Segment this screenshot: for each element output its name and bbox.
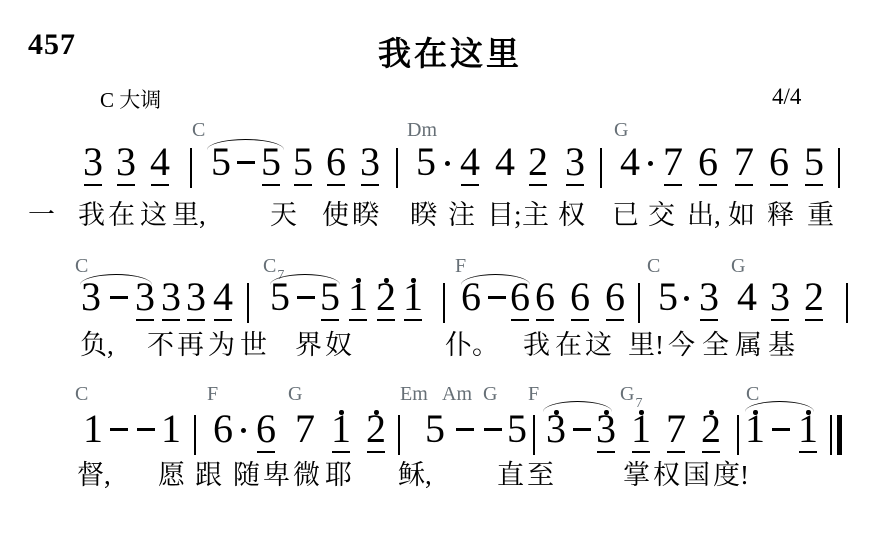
note-digit: 5: [261, 139, 281, 184]
chord-label: Am: [442, 384, 472, 404]
note-digit: 3: [116, 139, 136, 184]
barline: [190, 148, 192, 188]
rhythm-dot: [684, 296, 689, 301]
note-digit: 1: [403, 274, 423, 319]
eighth-underline: [606, 319, 624, 321]
octave-dot: [806, 410, 811, 415]
final-barline: [830, 415, 843, 455]
eighth-underline: [805, 319, 823, 321]
note-digit: 1: [161, 406, 181, 451]
eighth-underline: [597, 451, 615, 453]
eighth-underline: [377, 319, 395, 321]
music-note: 5: [260, 142, 282, 186]
chord-label: C: [647, 256, 660, 276]
rhythm-dot: [241, 428, 246, 433]
duration-dash: [297, 296, 315, 299]
note-digit: 7: [734, 139, 754, 184]
lyric-syllable: 界: [295, 331, 322, 361]
note-digit: 3: [360, 139, 380, 184]
music-line-3: CFGEmAmGFG7C1166712553317211督,愿跟随卑微耶稣,直至…: [0, 0, 893, 536]
lyric-syllable: 随: [233, 461, 260, 491]
music-note: 5: [319, 277, 341, 321]
chord-label: C: [75, 256, 88, 276]
lyric-syllable: 里,: [172, 201, 206, 231]
eighth-underline: [664, 184, 682, 186]
chord-label: C7: [263, 256, 283, 281]
barline: [443, 283, 445, 323]
key-signature: C 大调: [100, 84, 161, 114]
eighth-underline: [151, 184, 169, 186]
octave-dot: [411, 278, 416, 283]
duration-dash: [137, 428, 155, 431]
music-note: 5: [292, 142, 314, 186]
lyric-syllable: 耶: [325, 461, 352, 491]
music-note: 3: [80, 277, 102, 321]
lyric-syllable: 睽: [352, 201, 379, 231]
note-digit: 4: [213, 274, 233, 319]
music-note: 4: [736, 277, 758, 321]
barline: [600, 148, 602, 188]
rhythm-dot: [648, 161, 653, 166]
eighth-underline: [162, 319, 180, 321]
time-signature: 4/4: [772, 84, 801, 110]
barline: [396, 148, 398, 188]
music-note: 3: [545, 409, 567, 453]
eighth-underline: [700, 319, 718, 321]
music-note: 2: [700, 409, 722, 453]
music-note: 7: [662, 142, 684, 186]
eighth-underline: [294, 184, 312, 186]
music-note: 3: [134, 277, 156, 321]
barline: [846, 283, 848, 323]
lyric-syllable: 释: [767, 201, 794, 231]
note-digit: 7: [666, 406, 686, 451]
note-digit: 6: [256, 406, 276, 451]
music-note: 2: [375, 277, 397, 321]
lyric-syllable: 交: [648, 201, 675, 231]
octave-dot: [709, 410, 714, 415]
lyric-syllable: 在: [555, 331, 582, 361]
lyric-syllable: 奴: [325, 331, 352, 361]
note-digit: 3: [699, 274, 719, 319]
lyric-syllable: 基: [768, 331, 795, 361]
octave-dot: [374, 410, 379, 415]
lyric-syllable: 重: [807, 201, 834, 231]
hymn-number: 457: [28, 28, 76, 62]
music-note: 1: [160, 409, 182, 453]
lyric-syllable: 度!: [713, 461, 749, 491]
music-note: 3: [359, 142, 381, 186]
barline: [838, 148, 840, 188]
note-digit: 5: [416, 139, 436, 184]
music-note: 6: [697, 142, 719, 186]
eighth-underline: [632, 451, 650, 453]
music-note: 6: [255, 409, 277, 453]
octave-dot: [753, 410, 758, 415]
music-note: 4: [494, 142, 516, 186]
lyric-syllable: 掌: [623, 461, 650, 491]
duration-dash: [484, 428, 502, 431]
chord-label: Em: [400, 384, 428, 404]
eighth-underline: [771, 319, 789, 321]
note-digit: 1: [745, 406, 765, 451]
song-title: 我在这里: [378, 28, 522, 75]
octave-dot: [604, 410, 609, 415]
note-digit: 5: [320, 274, 340, 319]
music-note: 4: [459, 142, 481, 186]
chord-seventh: 7: [635, 396, 642, 411]
note-digit: 4: [150, 139, 170, 184]
note-digit: 6: [605, 274, 625, 319]
lyric-syllable: 我: [523, 331, 550, 361]
eighth-underline: [799, 451, 817, 453]
eighth-underline: [262, 184, 280, 186]
lyric-syllable: 再: [177, 331, 204, 361]
eighth-underline: [187, 319, 205, 321]
chord-label: G: [731, 256, 745, 276]
music-note: 3: [160, 277, 182, 321]
lyric-syllable: 在: [108, 201, 135, 231]
note-digit: 6: [698, 139, 718, 184]
music-note: 2: [527, 142, 549, 186]
lyric-syllable: 愿: [158, 461, 185, 491]
lyric-syllable: 至: [527, 461, 554, 491]
note-digit: 6: [326, 139, 346, 184]
lyric-syllable: 权: [653, 461, 680, 491]
note-digit: 4: [737, 274, 757, 319]
music-note: 1: [797, 409, 819, 453]
chord-label: F: [455, 256, 466, 276]
lyric-syllable: 督,: [77, 461, 111, 491]
eighth-underline: [257, 451, 275, 453]
music-line-2: CC7FCG33334551216666653432负,不再为世界奴仆。我在这里…: [0, 0, 893, 536]
lyric-syllable: 出,: [687, 201, 721, 231]
barline: [737, 415, 739, 455]
lyric-syllable: 世: [240, 331, 267, 361]
lyric-syllable: 卑: [263, 461, 290, 491]
tie-arc: [207, 139, 284, 151]
barline: [194, 415, 196, 455]
chord-label: F: [207, 384, 218, 404]
music-note: 2: [803, 277, 825, 321]
tie-arc: [745, 401, 814, 413]
chord-label: G7: [620, 384, 641, 409]
eighth-underline: [566, 184, 584, 186]
chord-label: C: [746, 384, 759, 404]
duration-dash: [456, 428, 474, 431]
note-digit: 7: [295, 406, 315, 451]
duration-dash: [573, 428, 591, 431]
octave-dot: [384, 278, 389, 283]
lyric-syllable: 一: [28, 201, 55, 231]
lyric-syllable: 里!: [628, 331, 664, 361]
duration-dash: [772, 428, 790, 431]
note-digit: 5: [293, 139, 313, 184]
music-note: 4: [212, 277, 234, 321]
eighth-underline: [805, 184, 823, 186]
note-digit: 7: [663, 139, 683, 184]
eighth-underline: [214, 319, 232, 321]
eighth-underline: [511, 319, 529, 321]
chord-label: F: [528, 384, 539, 404]
music-note: 1: [402, 277, 424, 321]
music-note: 7: [294, 409, 316, 453]
chord-label: G: [288, 384, 302, 404]
eighth-underline: [735, 184, 753, 186]
tie-arc: [80, 274, 152, 286]
music-note: 3: [115, 142, 137, 186]
note-digit: 3: [546, 406, 566, 451]
music-note: 4: [619, 142, 641, 186]
note-digit: 6: [213, 406, 233, 451]
chord-label: C: [192, 120, 205, 140]
eighth-underline: [361, 184, 379, 186]
music-line-1: CDmG3345556354423476765一我在这里,天使睽睽注目;主权已交…: [0, 0, 893, 536]
note-digit: 2: [366, 406, 386, 451]
barline: [533, 415, 535, 455]
music-note: 5: [269, 277, 291, 321]
note-digit: 6: [570, 274, 590, 319]
lyric-syllable: 今: [668, 331, 695, 361]
eighth-underline: [699, 184, 717, 186]
lyric-syllable: 稣,: [398, 461, 432, 491]
music-note: 7: [665, 409, 687, 453]
note-digit: 2: [804, 274, 824, 319]
note-digit: 5: [425, 406, 445, 451]
lyric-syllable: 使: [322, 201, 349, 231]
lyric-syllable: 负,: [80, 331, 114, 361]
tie-arc: [461, 274, 530, 286]
note-digit: 5: [507, 406, 527, 451]
music-note: 6: [509, 277, 531, 321]
music-note: 6: [534, 277, 556, 321]
music-note: 6: [460, 277, 482, 321]
note-digit: 5: [211, 139, 231, 184]
eighth-underline: [84, 184, 102, 186]
eighth-underline: [332, 451, 350, 453]
chord-seventh: 7: [277, 268, 284, 283]
lyric-syllable: 不: [147, 331, 174, 361]
eighth-underline: [349, 319, 367, 321]
music-note: 1: [82, 409, 104, 453]
lyric-syllable: 直: [497, 461, 524, 491]
eighth-underline: [571, 319, 589, 321]
music-note: 2: [365, 409, 387, 453]
note-digit: 6: [461, 274, 481, 319]
music-note: 5: [415, 142, 437, 186]
barline: [638, 283, 640, 323]
barline: [398, 415, 400, 455]
music-note: 4: [149, 142, 171, 186]
music-note: 1: [330, 409, 352, 453]
lyric-syllable: 睽: [410, 201, 437, 231]
barline: [247, 283, 249, 323]
lyric-syllable: 权: [558, 201, 585, 231]
note-digit: 5: [270, 274, 290, 319]
lyric-syllable: 我: [78, 201, 105, 231]
eighth-underline: [529, 184, 547, 186]
music-note: 3: [595, 409, 617, 453]
note-digit: 1: [348, 274, 368, 319]
duration-dash: [110, 296, 128, 299]
music-note: 3: [769, 277, 791, 321]
eighth-underline: [461, 184, 479, 186]
note-digit: 4: [460, 139, 480, 184]
chord-label: C: [75, 384, 88, 404]
music-note: 1: [630, 409, 652, 453]
music-note: 5: [210, 142, 232, 186]
note-digit: 1: [331, 406, 351, 451]
note-digit: 3: [186, 274, 206, 319]
music-note: 5: [424, 409, 446, 453]
lyric-syllable: 注: [448, 201, 475, 231]
music-note: 3: [185, 277, 207, 321]
note-digit: 3: [135, 274, 155, 319]
note-digit: 6: [510, 274, 530, 319]
eighth-underline: [321, 319, 339, 321]
note-digit: 3: [565, 139, 585, 184]
music-note: 3: [698, 277, 720, 321]
lyric-syllable: 主: [522, 201, 549, 231]
chord-label: G: [614, 120, 628, 140]
music-note: 3: [564, 142, 586, 186]
duration-dash: [237, 161, 255, 164]
note-digit: 3: [770, 274, 790, 319]
note-digit: 5: [658, 274, 678, 319]
note-digit: 6: [769, 139, 789, 184]
note-digit: 3: [83, 139, 103, 184]
lyric-syllable: 跟: [195, 461, 222, 491]
lyric-syllable: 国: [683, 461, 710, 491]
lyric-syllable: 仆。: [445, 331, 499, 361]
final-barline-thin: [830, 415, 832, 455]
lyric-syllable: 这: [585, 331, 612, 361]
eighth-underline: [327, 184, 345, 186]
music-note: 6: [569, 277, 591, 321]
note-digit: 2: [701, 406, 721, 451]
note-digit: 3: [81, 274, 101, 319]
octave-dot: [339, 410, 344, 415]
octave-dot: [554, 410, 559, 415]
eighth-underline: [536, 319, 554, 321]
lyric-syllable: 为: [208, 331, 235, 361]
note-digit: 2: [528, 139, 548, 184]
rhythm-dot: [445, 161, 450, 166]
final-barline-thick: [837, 415, 842, 455]
lyric-syllable: 目;: [487, 201, 522, 231]
note-digit: 1: [83, 406, 103, 451]
duration-dash: [488, 296, 506, 299]
music-note: 6: [325, 142, 347, 186]
music-note: 7: [733, 142, 755, 186]
octave-dot: [356, 278, 361, 283]
note-digit: 1: [631, 406, 651, 451]
lyric-syllable: 微: [293, 461, 320, 491]
tie-arc: [543, 401, 612, 413]
eighth-underline: [404, 319, 422, 321]
note-digit: 1: [798, 406, 818, 451]
chord-label: G: [483, 384, 497, 404]
tie-arc: [270, 274, 340, 286]
eighth-underline: [770, 184, 788, 186]
duration-dash: [110, 428, 128, 431]
lyric-syllable: 这: [140, 201, 167, 231]
music-note: 5: [803, 142, 825, 186]
sheet-page: 457 我在这里 C 大调 4/4 CDmG334555635442347676…: [0, 0, 893, 536]
note-digit: 3: [596, 406, 616, 451]
music-note: 1: [744, 409, 766, 453]
note-digit: 3: [161, 274, 181, 319]
lyric-syllable: 全: [702, 331, 729, 361]
music-note: 6: [604, 277, 626, 321]
music-note: 6: [768, 142, 790, 186]
note-digit: 4: [620, 139, 640, 184]
eighth-underline: [136, 319, 154, 321]
note-digit: 2: [376, 274, 396, 319]
eighth-underline: [667, 451, 685, 453]
music-note: 5: [657, 277, 679, 321]
lyric-syllable: 如: [728, 201, 755, 231]
music-note: 3: [82, 142, 104, 186]
note-digit: 5: [804, 139, 824, 184]
lyric-syllable: 属: [735, 331, 762, 361]
lyric-syllable: 已: [612, 201, 639, 231]
music-note: 6: [212, 409, 234, 453]
note-digit: 6: [535, 274, 555, 319]
eighth-underline: [117, 184, 135, 186]
octave-dot: [639, 410, 644, 415]
lyric-syllable: 天: [270, 201, 297, 231]
music-note: 5: [506, 409, 528, 453]
chord-label: Dm: [407, 120, 437, 140]
eighth-underline: [702, 451, 720, 453]
music-note: 1: [347, 277, 369, 321]
eighth-underline: [367, 451, 385, 453]
note-digit: 4: [495, 139, 515, 184]
